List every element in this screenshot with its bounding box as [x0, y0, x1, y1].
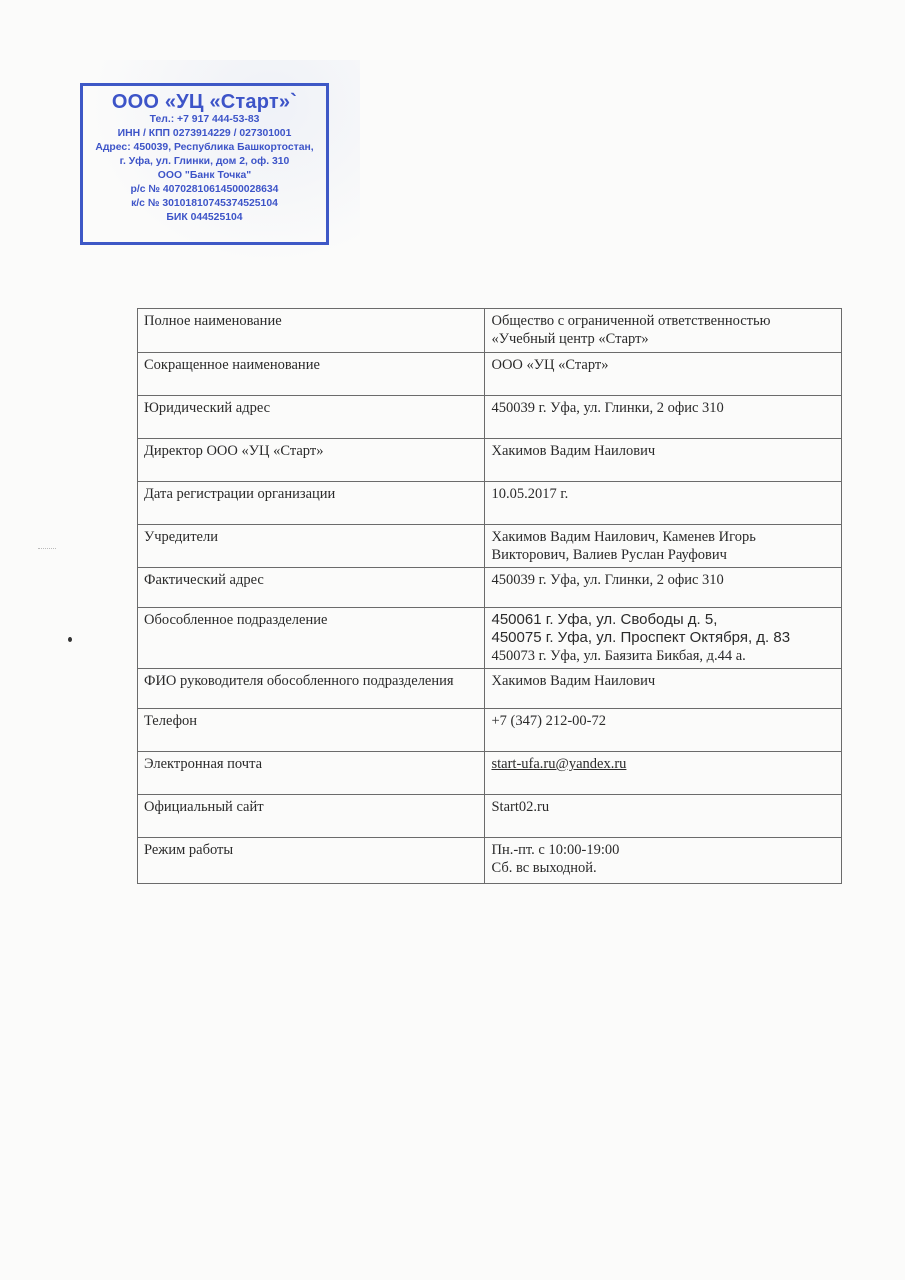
full-name-line-2: «Учебный центр «Старт» — [491, 330, 835, 348]
legal-address: 450039 г. Уфа, ул. Глинки, 2 офис 310 — [491, 399, 835, 417]
row-label: Телефон — [138, 709, 485, 752]
founders-line-1: Хакимов Вадим Наилович, Каменев Игорь — [491, 528, 835, 546]
row-label: Официальный сайт — [138, 795, 485, 838]
director-name: Хакимов Вадим Наилович — [491, 442, 835, 460]
row-label: Режим работы — [138, 838, 485, 884]
row-label: ФИО руководителя обособленного подраздел… — [138, 669, 485, 709]
row-value: Хакимов Вадим Наилович — [485, 439, 842, 482]
table-row: Юридический адрес 450039 г. Уфа, ул. Гли… — [138, 396, 842, 439]
row-value: ООО «УЦ «Старт» — [485, 353, 842, 396]
table-row: Директор ООО «УЦ «Старт» Хакимов Вадим Н… — [138, 439, 842, 482]
working-hours-line-2: Сб. вс выходной. — [491, 859, 835, 877]
row-value: 450061 г. Уфа, ул. Свободы д. 5, 450075 … — [485, 608, 842, 669]
row-value: Хакимов Вадим Наилович — [485, 669, 842, 709]
row-label: Юридический адрес — [138, 396, 485, 439]
stamp-address-1: Адрес: 450039, Республика Башкортостан, — [83, 141, 326, 155]
row-label: Электронная почта — [138, 752, 485, 795]
working-hours-line-1: Пн.-пт. с 10:00-19:00 — [491, 841, 835, 859]
branch-head-name: Хакимов Вадим Наилович — [491, 672, 835, 690]
row-label: Учредители — [138, 525, 485, 568]
stamp-title: ООО «УЦ «Старт»` — [83, 91, 326, 113]
stamp-bank: ООО "Банк Точка" — [83, 169, 326, 183]
branch-address-2: 450075 г. Уфа, ул. Проспект Октября, д. … — [491, 629, 835, 647]
full-name-line-1: Общество с ограниченной ответственностью — [491, 312, 835, 330]
scan-dot — [68, 637, 72, 642]
short-name: ООО «УЦ «Старт» — [491, 356, 835, 374]
row-label: Сокращенное наименование — [138, 353, 485, 396]
row-value: Общество с ограниченной ответственностью… — [485, 309, 842, 353]
stamp-bik: БИК 044525104 — [83, 211, 326, 225]
website: Start02.ru — [491, 798, 835, 816]
table-row: Фактический адрес 450039 г. Уфа, ул. Гли… — [138, 568, 842, 608]
founders-line-2: Викторович, Валиев Руслан Рауфович — [491, 546, 835, 564]
table-row: Режим работы Пн.-пт. с 10:00-19:00 Сб. в… — [138, 838, 842, 884]
email-link[interactable]: start-ufa.ru@yandex.ru — [491, 756, 626, 772]
branch-address-3: 450073 г. Уфа, ул. Баязита Бикбая, д.44 … — [491, 647, 835, 665]
table-row: Телефон +7 (347) 212-00-72 — [138, 709, 842, 752]
row-value: 450039 г. Уфа, ул. Глинки, 2 офис 310 — [485, 568, 842, 608]
row-value: Start02.ru — [485, 795, 842, 838]
row-label: Директор ООО «УЦ «Старт» — [138, 439, 485, 482]
row-label: Дата регистрации организации — [138, 482, 485, 525]
company-info-table: Полное наименование Общество с ограничен… — [137, 308, 842, 884]
row-value: +7 (347) 212-00-72 — [485, 709, 842, 752]
row-label: Обособленное подразделение — [138, 608, 485, 669]
row-value: Хакимов Вадим Наилович, Каменев Игорь Ви… — [485, 525, 842, 568]
row-value: start-ufa.ru@yandex.ru — [485, 752, 842, 795]
stamp-corr-account: к/с № 30101810745374525104 — [83, 197, 326, 211]
table-row: Обособленное подразделение 450061 г. Уфа… — [138, 608, 842, 669]
table-row: Дата регистрации организации 10.05.2017 … — [138, 482, 842, 525]
table-row: Полное наименование Общество с ограничен… — [138, 309, 842, 353]
row-value: 10.05.2017 г. — [485, 482, 842, 525]
row-value: Пн.-пт. с 10:00-19:00 Сб. вс выходной. — [485, 838, 842, 884]
stamp-account: р/с № 40702810614500028634 — [83, 183, 326, 197]
stamp-address-2: г. Уфа, ул. Глинки, дом 2, оф. 310 — [83, 155, 326, 169]
table-row: Электронная почта start-ufa.ru@yandex.ru — [138, 752, 842, 795]
row-value: 450039 г. Уфа, ул. Глинки, 2 офис 310 — [485, 396, 842, 439]
table-row: ФИО руководителя обособленного подраздел… — [138, 669, 842, 709]
registration-date: 10.05.2017 г. — [491, 485, 835, 503]
row-label: Полное наименование — [138, 309, 485, 353]
table-row: Сокращенное наименование ООО «УЦ «Старт» — [138, 353, 842, 396]
table-row: Учредители Хакимов Вадим Наилович, Камен… — [138, 525, 842, 568]
actual-address: 450039 г. Уфа, ул. Глинки, 2 офис 310 — [491, 571, 835, 589]
scan-speck — [38, 548, 56, 555]
stamp-phone: Тел.: +7 917 444-53-83 — [83, 113, 326, 127]
row-label: Фактический адрес — [138, 568, 485, 608]
company-stamp: ООО «УЦ «Старт»` Тел.: +7 917 444-53-83 … — [80, 83, 329, 245]
stamp-inn-kpp: ИНН / КПП 0273914229 / 027301001 — [83, 127, 326, 141]
phone-number: +7 (347) 212-00-72 — [491, 712, 835, 730]
table-row: Официальный сайт Start02.ru — [138, 795, 842, 838]
branch-address-1: 450061 г. Уфа, ул. Свободы д. 5, — [491, 611, 835, 629]
